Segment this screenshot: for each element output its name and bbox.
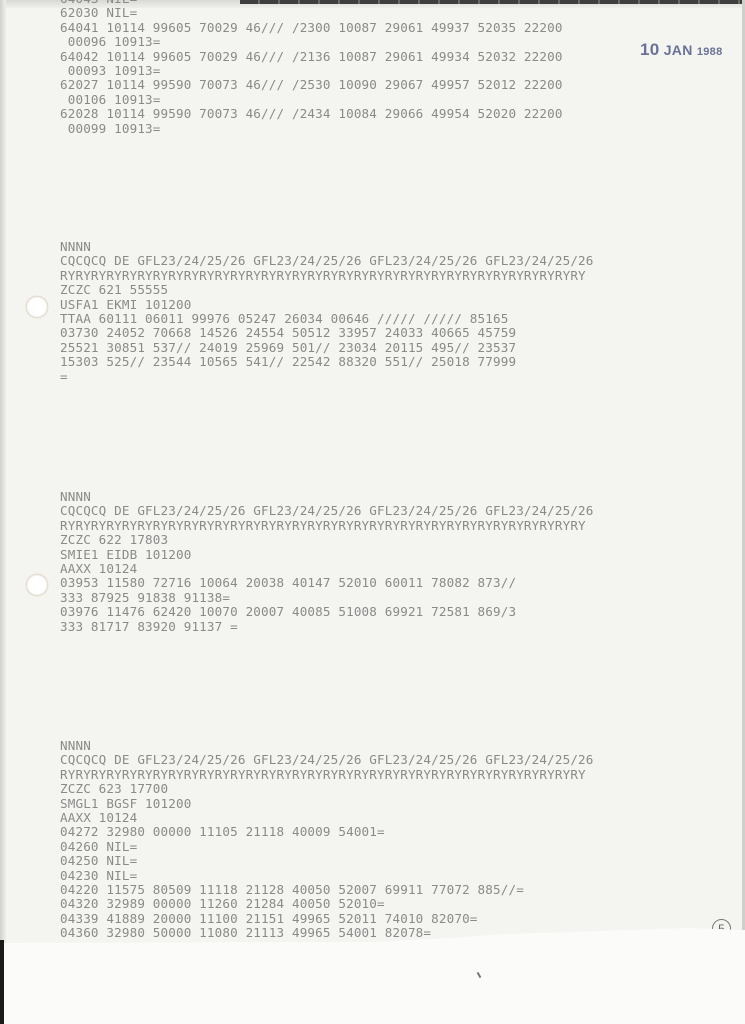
bulletin-621: NNNNCQCQCQ DE GFL23/24/25/26 GFL23/24/25…	[60, 240, 594, 384]
page-number: 5	[718, 922, 725, 936]
text-line: 04339 41889 20000 11100 21151 49965 5201…	[60, 912, 594, 926]
teleprinter-page: 64043 NIL=62030 NIL=64041 10114 99605 70…	[0, 0, 745, 958]
text-line: ZCZC 623 17700	[60, 782, 594, 796]
text-line: TTAA 60111 06011 99976 05247 26034 00646…	[60, 312, 594, 326]
text-line: USFA1 EKMI 101200	[60, 298, 594, 312]
text-line: 00106 10913=	[60, 93, 563, 107]
text-line: CQCQCQ DE GFL23/24/25/26 GFL23/24/25/26 …	[60, 504, 594, 518]
text-line: 04202 32981 01105 11249 21282 40079 5201…	[60, 941, 594, 955]
text-line: CQCQCQ DE GFL23/24/25/26 GFL23/24/25/26 …	[60, 254, 594, 268]
text-line: 04260 NIL=	[60, 840, 594, 854]
text-line: ZCZC 621 55555	[60, 283, 594, 297]
text-line: NNNN	[60, 240, 594, 254]
text-line: SMGL1 BGSF 101200	[60, 797, 594, 811]
text-line: 62028 10114 99590 70073 46/// /2434 1008…	[60, 107, 563, 121]
text-line: 04360 32980 50000 11080 21113 49965 5400…	[60, 926, 594, 940]
text-line: 00099 10913=	[60, 122, 563, 136]
page-left-edge	[0, 0, 6, 958]
text-line: RYRYRYRYRYRYRYRYRYRYRYRYRYRYRYRYRYRYRYRY…	[60, 519, 594, 533]
punch-hole-icon	[26, 296, 48, 318]
punch-hole-icon	[26, 574, 48, 596]
text-line: 62030 NIL=	[60, 6, 563, 20]
text-line: 25521 30851 537// 24019 25969 501// 2303…	[60, 341, 594, 355]
stamp-month: JAN	[664, 42, 693, 58]
text-line: CQCQCQ DE GFL23/24/25/26 GFL23/24/25/26 …	[60, 753, 594, 767]
text-line: NNNN	[60, 739, 594, 753]
text-line: 00093 10913=	[60, 64, 563, 78]
text-line: 03976 11476 62420 10070 20007 40085 5100…	[60, 605, 594, 619]
text-line: ZCZC 622 17803	[60, 533, 594, 547]
paper-speck	[477, 972, 482, 978]
text-line: 04272 32980 00000 11105 21118 40009 5400…	[60, 825, 594, 839]
text-line: AAXX 10124	[60, 811, 594, 825]
text-line: 04250 NIL=	[60, 854, 594, 868]
text-line: =	[60, 370, 594, 384]
text-line: 64041 10114 99605 70029 46/// /2300 1008…	[60, 21, 563, 35]
text-line: RYRYRYRYRYRYRYRYRYRYRYRYRYRYRYRYRYRYRYRY…	[60, 269, 594, 283]
header-observations: 64043 NIL=62030 NIL=64041 10114 99605 70…	[60, 0, 563, 136]
text-line: 00096 10913=	[60, 35, 563, 49]
text-line: 04220 11575 80509 11118 21128 40050 5200…	[60, 883, 594, 897]
text-line: 62027 10114 99590 70073 46/// /2530 1009…	[60, 78, 563, 92]
stamp-year: 1988	[697, 46, 723, 58]
text-line: NNNN	[60, 490, 594, 504]
text-line: 333 81717 83920 91137 =	[60, 620, 594, 634]
text-line: 04320 32989 00000 11260 21284 40050 5201…	[60, 897, 594, 911]
date-stamp: 10 JAN 1988	[640, 40, 723, 60]
stamp-day: 10	[640, 40, 660, 59]
text-line: 15303 525// 23544 10565 541// 22542 8832…	[60, 355, 594, 369]
text-line: 04230 NIL=	[60, 869, 594, 883]
text-line: 03730 24052 70668 14526 24554 50512 3395…	[60, 326, 594, 340]
text-line: SMIE1 EIDB 101200	[60, 548, 594, 562]
text-line: 333 87925 91838 91138=	[60, 591, 594, 605]
text-line: RYRYRYRYRYRYRYRYRYRYRYRYRYRYRYRYRYRYRYRY…	[60, 768, 594, 782]
text-line: 64042 10114 99605 70029 46/// /2136 1008…	[60, 50, 563, 64]
scan-border-left	[0, 940, 4, 1024]
bulletin-622: NNNNCQCQCQ DE GFL23/24/25/26 GFL23/24/25…	[60, 490, 594, 634]
page-number-badge: 5	[712, 919, 731, 938]
bulletin-623: NNNNCQCQCQ DE GFL23/24/25/26 GFL23/24/25…	[60, 739, 594, 955]
text-line: 03953 11580 72716 10064 20038 40147 5201…	[60, 576, 594, 590]
text-line: AAXX 10124	[60, 562, 594, 576]
